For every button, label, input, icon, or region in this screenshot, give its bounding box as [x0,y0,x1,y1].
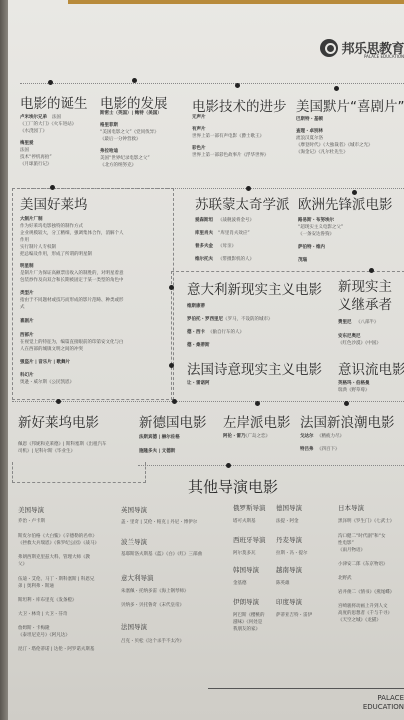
timeline-dot [255,401,260,406]
timeline-row1 [20,83,404,85]
timeline-dot [235,83,240,88]
section-title: 苏联蒙太奇学派 [195,193,290,213]
section-title: 左岸派电影 [223,411,291,431]
timeline-dot [246,186,251,191]
section-title: 欧洲先锋派电影 [298,193,393,213]
document-page: 邦乐思教育 PALACE EDUCATION 电影的诞生 卢米埃尔兄弟 法国 《… [8,0,404,720]
section-title: 电影技术的进步 [192,95,287,115]
section-title: 法国诗意现实主义电影 [187,358,322,378]
logo-icon [320,39,338,57]
section-title: 新现实主义继承者 [338,278,400,314]
timeline-dot [56,399,61,404]
section-title: 电影的发展 [100,92,168,112]
timeline-dot [132,78,137,83]
section-title: 意大利新现实主义电影 [187,278,322,298]
footer-brand: PALACE EDUCATION [363,694,404,712]
section-title: 美国默片“喜剧片” [296,95,404,115]
timeline-dot [369,268,374,273]
other-directors-title: 其他导演电影 [188,476,278,497]
timeline-dot [344,401,349,406]
timeline-dot [50,185,55,190]
timeline-dot [169,363,174,368]
section-title: 新德国电影 [139,411,207,431]
new-hollywood-box [12,462,146,483]
timeline-dot [172,399,177,404]
section-title: 意识流电影 [338,358,404,378]
page-edge [68,0,404,4]
section-title: 电影的诞生 [20,92,88,112]
section-title: 美国好莱坞 [20,193,88,213]
timeline-dot [334,86,339,91]
brand-sub: PALACE EDUCATION [364,54,404,59]
timeline-dot [226,463,231,468]
divider [138,465,404,466]
section-title: 法国新浪潮电影 [300,411,395,431]
timeline-dot [169,285,174,290]
footer-rule [208,688,404,689]
section-title: 新好莱坞电影 [18,411,99,431]
timeline-dot [48,80,53,85]
book-spine [0,0,8,720]
